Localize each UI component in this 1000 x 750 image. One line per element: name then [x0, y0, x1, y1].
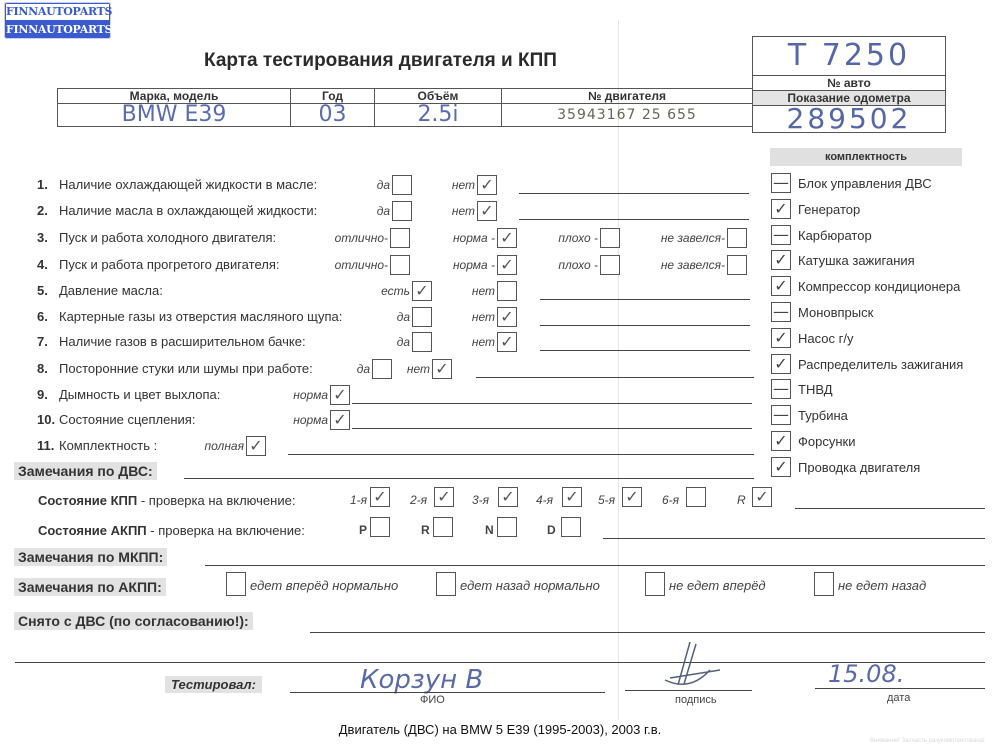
completeness-item-label: Катушка зажигания — [798, 253, 915, 268]
question-notes-line[interactable] — [540, 350, 750, 351]
logo-line-2: FINNAUTOPARTS — [6, 22, 109, 38]
question-number: 10. — [37, 412, 59, 427]
remarks-manual-line[interactable] — [205, 565, 985, 566]
question-notes-line[interactable] — [352, 403, 752, 404]
option-label: отлично- — [298, 258, 390, 272]
question-number: 11. — [37, 438, 59, 453]
question-2: 2.Наличие масла в охлаждающей жидкости: — [37, 203, 317, 218]
completeness-checkbox[interactable]: ✓ — [771, 250, 791, 270]
option-label: да — [365, 335, 412, 349]
question-5: 5.Давление масла: — [37, 283, 163, 298]
question-text: Пуск и работа прогретого двигателя: — [59, 257, 279, 272]
remarks-engine-line[interactable] — [184, 478, 754, 479]
completeness-item-label: Блок управления ДВС — [798, 176, 932, 191]
checkbox-3-2[interactable]: ✓ — [497, 228, 517, 248]
tester-name-value[interactable]: Корзун В — [360, 665, 483, 695]
remarks-manual-label: Замечания по МКПП: — [14, 548, 167, 566]
position-label: R — [421, 523, 430, 537]
question-number: 8. — [37, 361, 59, 376]
completeness-checkbox[interactable]: ✓ — [771, 199, 791, 219]
completeness-item-label: Проводка двигателя — [798, 460, 920, 475]
name-caption: ФИО — [420, 694, 445, 706]
vehicle-info-table: Марка, модель Год Объём № двигателя BMW … — [57, 88, 753, 127]
option-label: плохо - — [522, 231, 600, 245]
option-label: нет — [436, 284, 497, 298]
completeness-item-label: Моновпрыск — [798, 305, 873, 320]
position-checkbox[interactable] — [433, 517, 453, 537]
position-label: D — [547, 523, 556, 537]
question-4: 4.Пуск и работа прогретого двигателя: — [37, 257, 279, 272]
option-label: да — [365, 310, 412, 324]
auto-remark-label: едет вперёд нормально — [250, 578, 398, 593]
option-label: да — [325, 362, 372, 376]
auto-remark-checkbox[interactable] — [645, 572, 665, 596]
question-text: Посторонние стуки или шумы при работе: — [59, 361, 313, 376]
year-value[interactable]: 03 — [291, 104, 375, 127]
position-checkbox[interactable] — [497, 517, 517, 537]
signature-caption: подпись — [675, 694, 717, 706]
completeness-item-label: Компрессор кондиционера — [798, 279, 960, 294]
date-line — [815, 688, 985, 689]
checkbox-10-1[interactable]: ✓ — [330, 410, 350, 430]
tester-name-line — [290, 692, 605, 693]
question-notes-line[interactable] — [352, 428, 752, 429]
option-label: не завелся- — [621, 258, 727, 272]
manual-gearbox-line[interactable] — [795, 508, 985, 509]
completeness-checkbox[interactable]: ✓ — [771, 276, 791, 296]
checkbox-8-2[interactable]: ✓ — [432, 359, 452, 379]
gear-label: 1-я — [350, 493, 367, 507]
option-label: нет — [416, 178, 477, 192]
question-text: Состояние сцепления: — [59, 412, 195, 427]
question-text: Наличие масла в охлаждающей жидкости: — [59, 203, 317, 218]
question-8: 8.Посторонние стуки или шумы при работе: — [37, 361, 313, 376]
question-number: 5. — [37, 283, 59, 298]
gear-label: 5-я — [598, 493, 615, 507]
watermark: Внимание! Запчасть разукомплектована! — [870, 738, 985, 744]
checkbox-2-2[interactable]: ✓ — [477, 201, 497, 221]
completeness-checkbox[interactable]: — — [771, 405, 791, 425]
question-number: 7. — [37, 334, 59, 349]
question-text: Пуск и работа холодного двигателя: — [59, 230, 276, 245]
question-7: 7.Наличие газов в расширительном бачке: — [37, 334, 306, 349]
logo: FINNAUTOPARTS FINNAUTOPARTS — [4, 2, 111, 39]
checkbox-4-4[interactable] — [727, 255, 747, 275]
option-label: не завелся- — [621, 231, 727, 245]
auto-remark-checkbox[interactable] — [814, 572, 834, 596]
question-text: Наличие газов в расширительном бачке: — [59, 334, 306, 349]
checkbox-6-2[interactable]: ✓ — [497, 307, 517, 327]
image-caption: Двигатель (ДВС) на BMW 5 E39 (1995-2003)… — [0, 722, 1000, 737]
option-label: полная — [168, 439, 246, 453]
tested-by-label: Тестировал: — [165, 676, 262, 693]
completeness-checkbox[interactable]: — — [771, 379, 791, 399]
gear-label: 6-я — [662, 493, 679, 507]
removed-line[interactable] — [310, 632, 985, 633]
completeness-item-label: Турбина — [798, 408, 848, 423]
completeness-header: комплектность — [770, 148, 962, 166]
remarks-auto-label: Замечания по АКПП: — [14, 578, 166, 596]
question-number: 3. — [37, 230, 59, 245]
completeness-checkbox[interactable]: — — [771, 173, 791, 193]
checkbox-3-3[interactable] — [600, 228, 620, 248]
option-label: да — [342, 178, 392, 192]
completeness-checkbox[interactable]: — — [771, 225, 791, 245]
question-number: 9. — [37, 387, 59, 402]
question-notes-line[interactable] — [519, 193, 749, 194]
logo-line-1: FINNAUTOPARTS — [6, 4, 109, 20]
gear-checkbox[interactable]: ✓ — [370, 487, 390, 507]
remarks-engine-label: Замечания по ДВС: — [14, 462, 157, 480]
question-9: 9.Дымность и цвет выхлопа: — [37, 387, 220, 402]
manual-gearbox-label-rest: - проверка на включение: — [137, 493, 295, 508]
gear-checkbox[interactable]: ✓ — [752, 487, 772, 507]
auto-gearbox-line[interactable] — [603, 538, 985, 539]
checkbox-1-1[interactable] — [392, 175, 412, 195]
checkbox-9-1[interactable]: ✓ — [330, 385, 350, 405]
engine-number-value[interactable]: 35943167 25 655 — [502, 104, 753, 127]
question-text: Давление масла: — [59, 283, 163, 298]
question-1: 1.Наличие охлаждающей жидкости в масле: — [37, 177, 317, 192]
gear-checkbox[interactable]: ✓ — [622, 487, 642, 507]
checkbox-2-1[interactable] — [392, 201, 412, 221]
signature-scribble[interactable] — [660, 640, 730, 690]
make-model-value[interactable]: BMW E39 — [58, 104, 291, 127]
checkbox-6-1[interactable] — [412, 307, 432, 327]
option-label: нет — [416, 204, 477, 218]
manual-gearbox-label-bold: Состояние КПП — [38, 493, 137, 508]
option-label: нет — [373, 362, 432, 376]
checkbox-7-1[interactable] — [412, 332, 432, 352]
col-engine-number: № двигателя — [502, 89, 753, 104]
gear-label: 4-я — [536, 493, 553, 507]
form-title: Карта тестирования двигателя и КПП — [204, 50, 557, 72]
signature-icon — [660, 640, 730, 690]
completeness-checkbox[interactable]: — — [771, 302, 791, 322]
gear-checkbox[interactable]: ✓ — [562, 487, 582, 507]
position-label: N — [485, 523, 494, 537]
gear-label: R — [737, 493, 746, 507]
auto-number-box: T 7250 № авто Показание одометра 289502 — [752, 36, 946, 133]
date-value[interactable]: 15.08. — [828, 660, 904, 688]
checkbox-5-1[interactable]: ✓ — [412, 281, 432, 301]
completeness-item-label: Форсунки — [798, 434, 855, 449]
gear-checkbox[interactable]: ✓ — [498, 487, 518, 507]
auto-remark-checkbox[interactable] — [226, 572, 246, 596]
question-notes-line[interactable] — [476, 377, 754, 378]
completeness-checkbox[interactable]: ✓ — [771, 457, 791, 477]
option-label: есть — [345, 284, 412, 298]
volume-value[interactable]: 2.5i — [375, 104, 502, 127]
auto-gearbox-label-bold: Состояние АКПП — [38, 523, 147, 538]
position-label: P — [359, 523, 367, 537]
option-label: норма - — [414, 231, 497, 245]
checkbox-4-3[interactable] — [600, 255, 620, 275]
question-notes-line[interactable] — [540, 299, 750, 300]
question-3: 3.Пуск и работа холодного двигателя: — [37, 230, 276, 245]
auto-remark-label: не едет вперёд — [669, 578, 766, 593]
question-text: Картерные газы из отверстия масляного щу… — [59, 309, 342, 324]
question-number: 6. — [37, 309, 59, 324]
manual-gearbox-label: Состояние КПП - проверка на включение: — [38, 493, 295, 508]
checkbox-1-2[interactable]: ✓ — [477, 175, 497, 195]
signature-line — [625, 690, 752, 691]
question-11: 11.Комплектность : — [37, 438, 157, 453]
question-notes-line[interactable] — [288, 454, 754, 455]
completeness-item-label: ТНВД — [798, 382, 833, 397]
removed-label: Снято с ДВС (по согласованию!): — [14, 612, 253, 630]
gear-checkbox[interactable]: ✓ — [434, 487, 454, 507]
completeness-item-label: Распределитель зажигания — [798, 357, 963, 372]
checkbox-4-1[interactable] — [390, 255, 410, 275]
completeness-checkbox[interactable]: ✓ — [771, 328, 791, 348]
date-caption: дата — [887, 692, 910, 704]
option-label: да — [342, 204, 392, 218]
question-text: Наличие охлаждающей жидкости в масле: — [59, 177, 317, 192]
option-label: норма - — [414, 258, 497, 272]
auto-remark-label: не едет назад — [838, 578, 926, 593]
completeness-item-label: Карбюратор — [798, 228, 872, 243]
checkbox-3-4[interactable] — [727, 228, 747, 248]
question-text: Комплектность : — [59, 438, 157, 453]
question-text: Дымность и цвет выхлопа: — [59, 387, 220, 402]
position-checkbox[interactable] — [561, 517, 581, 537]
completeness-checkbox[interactable]: ✓ — [771, 354, 791, 374]
odometer-value[interactable]: 289502 — [753, 106, 945, 132]
question-6: 6.Картерные газы из отверстия масляного … — [37, 309, 342, 324]
question-number: 4. — [37, 257, 59, 272]
question-number: 2. — [37, 203, 59, 218]
option-label: норма — [257, 413, 330, 427]
question-10: 10.Состояние сцепления: — [37, 412, 195, 427]
checkbox-11-1[interactable]: ✓ — [246, 436, 266, 456]
checkbox-4-2[interactable]: ✓ — [497, 255, 517, 275]
auto-remark-label: едет назад нормально — [460, 578, 600, 593]
auto-gearbox-label: Состояние АКПП - проверка на включение: — [38, 523, 305, 538]
option-label: норма — [257, 388, 330, 402]
checkbox-7-2[interactable]: ✓ — [497, 332, 517, 352]
question-notes-line[interactable] — [540, 325, 750, 326]
gear-label: 2-я — [410, 493, 427, 507]
checkbox-3-1[interactable] — [390, 228, 410, 248]
completeness-item-label: Насос г/у — [798, 331, 853, 346]
completeness-item-label: Генератор — [798, 202, 860, 217]
gear-label: 3-я — [472, 493, 489, 507]
auto-gearbox-label-rest: - проверка на включение: — [147, 523, 305, 538]
question-number: 1. — [37, 177, 59, 192]
completeness-checkbox[interactable]: ✓ — [771, 431, 791, 451]
checkbox-5-2[interactable] — [497, 281, 517, 301]
option-label: нет — [436, 335, 497, 349]
question-notes-line[interactable] — [519, 219, 749, 220]
option-label: плохо - — [522, 258, 600, 272]
position-checkbox[interactable] — [370, 517, 390, 537]
gear-checkbox[interactable] — [686, 487, 706, 507]
auto-number-label: № авто — [753, 76, 945, 91]
option-label: нет — [436, 310, 497, 324]
auto-remark-checkbox[interactable] — [436, 572, 456, 596]
option-label: отлично- — [298, 231, 390, 245]
auto-number-value[interactable]: T 7250 — [753, 37, 945, 76]
